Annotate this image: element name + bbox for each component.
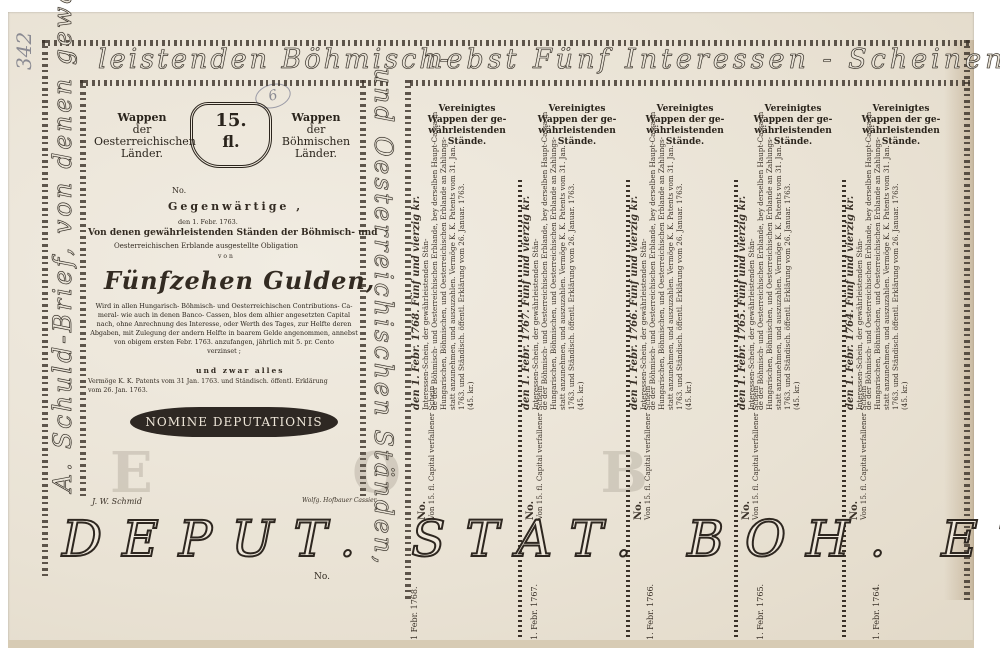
currency-label: fl.: [193, 133, 269, 151]
coupon-4-lower: No. Von 15. fl. Capital verfallener Sche…: [742, 390, 760, 520]
coupon-5-upper: den 1. Febr. 1764. Fünf und vierzig kr. …: [846, 180, 909, 410]
coupon-1-stub-date: 1 Febr. 1768.: [410, 586, 419, 640]
left-vertical-title: A. Schuld-Brief, von denen gewäh-: [48, 0, 77, 492]
coupon-line: de der Böhmisch- und Oesterreichischen E…: [430, 180, 439, 410]
coupon-3-lower: No. Von 15. fl. Capital verfallener Sche…: [634, 390, 652, 520]
body-line: Abgaben, mit Zulegung der andern Helfte …: [88, 329, 360, 338]
coupon-line: Interessen-Schein, der gewährleistenden …: [747, 180, 756, 410]
crest-line: Länder.: [94, 148, 190, 160]
coupon-value: (45. kr.): [466, 180, 475, 410]
bond-number-label: No.: [172, 186, 186, 195]
coupon-number-label: No.: [850, 390, 859, 520]
coupon-line: 1763. und Ständisch. öffentl. Erklärung …: [891, 180, 900, 410]
bond-body-text: Wird in allen Hungarisch- Böhmisch- und …: [88, 302, 360, 356]
coupon-2-stub-date: 1. Febr. 1767.: [530, 584, 539, 640]
coupon-line: Hungarischen, Böhmischen, und Oesterreic…: [873, 180, 882, 410]
crest-bohemian-lands: Wappen der Böhmischen Länder.: [276, 112, 356, 160]
coupon-1-upper: den 1. Febr. 1768. Fünf und vierzig kr. …: [412, 180, 475, 410]
und-zwar-alles: und zwar alles: [196, 366, 284, 375]
coupon-1-lower: No. Von 15. fl. Capital verfallener Sche…: [418, 390, 436, 520]
bond-heading: Gegenwärtige ,: [168, 200, 303, 213]
coupon-line: Interessen-Schein, der gewährleistenden …: [531, 180, 540, 410]
coupon-number-label: No.: [634, 390, 643, 520]
header-underline-right: [410, 80, 970, 86]
crest-austrian-lands: Wappen der Oesterreichischen Länder.: [94, 112, 190, 160]
bond-footer-line2: vom 26. Jan. 1763.: [88, 387, 148, 394]
coupon-line: statt anzunehmen, und auszuzahlen. Vermö…: [448, 180, 457, 410]
body-line: meral- wie auch in denen Banco- Cassen, …: [88, 311, 360, 320]
bond-issuer-line2: Oesterreichischen Erblande ausgestellte …: [114, 242, 298, 250]
bond-von: von: [218, 253, 235, 260]
coupon-number-label: No.: [742, 390, 751, 520]
coupon-line: statt anzunehmen, und auszuzahlen. Vermö…: [774, 180, 783, 410]
coupon-value: (45. kr.): [900, 180, 909, 410]
coupon-line: 1763. und Ständisch. öffentl. Erklärung …: [783, 180, 792, 410]
coupon-line: Interessen-Schein, der gewährleistenden …: [421, 180, 430, 410]
coupon-line: Interessen-Schein, der gewährleistenden …: [639, 180, 648, 410]
coupon-lower-text: Von 15. fl. Capital verfallener Schein: [643, 390, 652, 520]
coupon-lower-text: Von 15. fl. Capital verfallener Schein: [751, 390, 760, 520]
denomination-value: 15.: [193, 109, 269, 133]
header-title-left: leistenden Böhmisch-: [98, 44, 452, 75]
body-line: von obigem ersten Febr. 1763. anzufangen…: [88, 338, 360, 347]
coupon-number-label: No.: [526, 390, 535, 520]
coupon-line: Hungarischen, Böhmischen, und Oesterreic…: [549, 180, 558, 410]
coupon-5-stub-date: 1. Febr. 1764.: [872, 584, 881, 640]
coupon-3-stub-date: 1. Febr. 1766.: [646, 584, 655, 640]
coupon-5-lower: No. Von 15. fl. Capital verfallener Sche…: [850, 390, 868, 520]
crest-line: Länder.: [276, 148, 356, 160]
coupon-number-label: No.: [418, 390, 427, 520]
coupon-line: 1763. und Ständisch. öffentl. Erklärung …: [675, 180, 684, 410]
coupon-line: statt anzunehmen, und auszuzahlen. Vermö…: [558, 180, 567, 410]
coupon-value: (45. kr.): [792, 180, 801, 410]
paper-bottom-edge: [8, 640, 974, 648]
coupon-value: (45. kr.): [576, 180, 585, 410]
bond-bottom-number-label: No.: [314, 572, 330, 582]
coupon-lower-text: Von 15. fl. Capital verfallener Schein: [535, 390, 544, 520]
coupon-4-stub-date: 1. Febr. 1765.: [756, 584, 765, 640]
header-title-right: nebst Fünf Interessen - Scheinen.: [425, 44, 1000, 75]
coupon-line: Interessen-Schein, der gewährleistenden …: [855, 180, 864, 410]
denomination-cartouche: 15. fl.: [190, 102, 272, 168]
coupon-line: 1763. und Ständisch. öffentl. Erklärung …: [567, 180, 576, 410]
body-line: Wird in allen Hungarisch- Böhmisch- und …: [88, 302, 360, 311]
header-underline-left: [80, 80, 390, 86]
bond-issuer-line1: Von denen gewährleistenden Ständen der B…: [88, 228, 378, 238]
coupon-2-lower: No. Von 15. fl. Capital verfallener Sche…: [526, 390, 544, 520]
bond-date: den 1. Febr. 1763.: [178, 218, 238, 226]
coupon-line: 1763. und Ständisch. öffentl. Erklärung …: [457, 180, 466, 410]
signature-left: J. W. Schmid: [92, 497, 142, 506]
coupon-line: Hungarischen, Böhmischen, und Oesterreic…: [765, 180, 774, 410]
coupon-3-upper: den 1. Febr. 1766. Fünf und vierzig kr. …: [630, 180, 693, 410]
coupon-line: Hungarischen, Böhmischen, und Oesterreic…: [439, 180, 448, 410]
coupon-line: Hungarischen, Böhmischen, und Oesterreic…: [657, 180, 666, 410]
coupon-2-upper: den 1. Febr. 1767. Fünf und vierzig kr. …: [522, 180, 585, 410]
coupon-lower-text: Von 15. fl. Capital verfallener Schein: [859, 390, 868, 520]
body-line: verzinset ;: [88, 347, 360, 356]
coupon-line: de der Böhmisch- und Oesterreichischen E…: [756, 180, 765, 410]
pencil-corner-number: 342: [12, 32, 36, 70]
coupon-line: statt anzunehmen, und auszuzahlen. Vermö…: [666, 180, 675, 410]
coupon-line: statt anzunehmen, und auszuzahlen. Vermö…: [882, 180, 891, 410]
coupon-line: de der Böhmisch- und Oesterreichischen E…: [648, 180, 657, 410]
coupon-line: de der Böhmisch- und Oesterreichischen E…: [540, 180, 549, 410]
body-line: nach, ohne Anrechnung des Interesse, ode…: [88, 320, 360, 329]
coupon-4-upper: den 1. Febr. 1765. Fünf und vierzig kr. …: [738, 180, 801, 410]
left-inner-border: [80, 80, 86, 500]
bond-footer-line1: Vermöge K. K. Patents vom 31 Jan. 1763. …: [88, 378, 328, 385]
nomine-deputationis-seal: NOMINE DEPUTATIONIS: [130, 407, 338, 437]
coupon-line: de der Böhmisch- und Oesterreichischen E…: [864, 180, 873, 410]
deputation-stamp-banner: DEPUT. STAT. BOH. ET AUSTR.: [62, 510, 1000, 568]
coupon-value: (45. kr.): [684, 180, 693, 410]
bond-amount: Fünfzehen Gulden,: [104, 266, 375, 295]
coupon-lower-text: Von 15. fl. Capital verfallener Schein: [427, 390, 436, 520]
signature-right: Wolfg. Hofbauer Cassier: [302, 497, 377, 504]
